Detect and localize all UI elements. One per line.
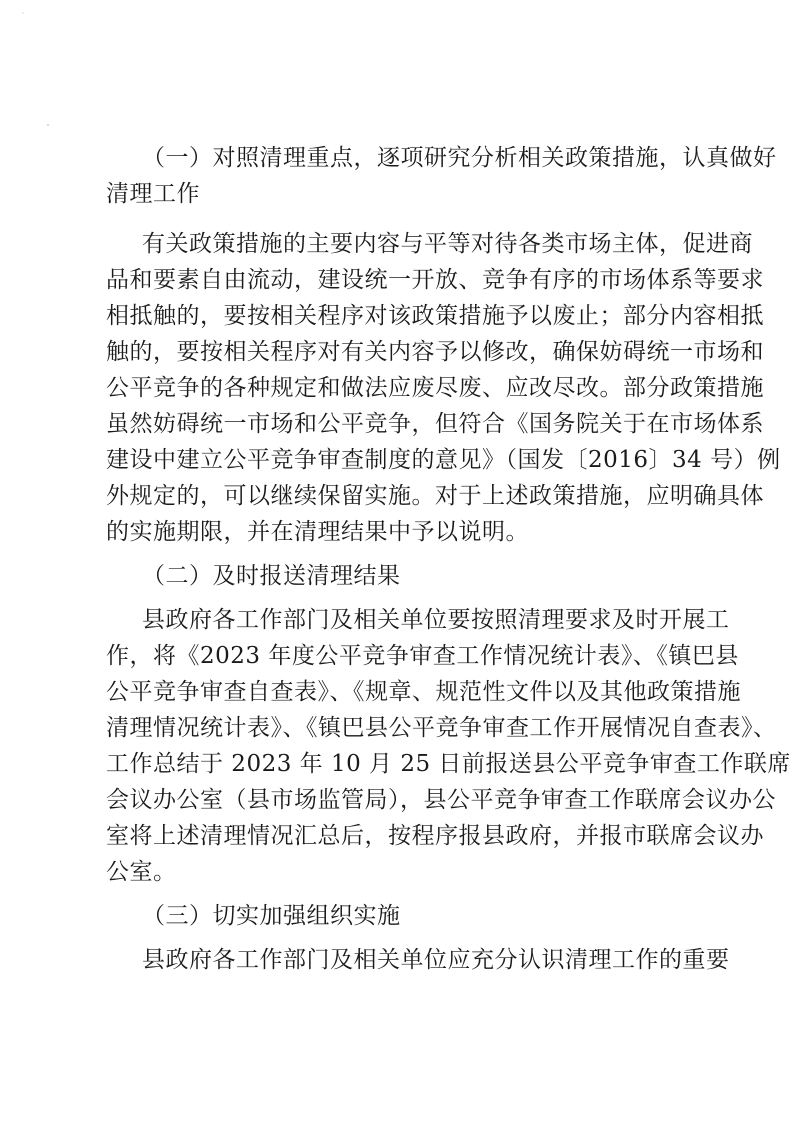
section-2-paragraph-line: 县政府各工作部门及相关单位要按照清理要求及时开展工 <box>106 602 696 638</box>
section-3-heading: （三）切实加强组织实施 <box>106 898 696 934</box>
section-1-paragraph-line: 相抵触的，要按相关程序对该政策措施予以废止；部分内容相抵 <box>106 298 696 334</box>
section-2-heading: （二）及时报送清理结果 <box>106 558 696 594</box>
section-2-paragraph-line: 作，将《2023 年度公平竞争审查工作情况统计表》、《镇巴县 <box>106 638 696 674</box>
section-1-paragraph-line: 外规定的，可以继续保留实施。对于上述政策措施，应明确具体 <box>106 478 696 514</box>
section-1-paragraph-line: 建设中建立公平竞争审查制度的意见》（国发〔2016〕34 号）例 <box>106 442 696 478</box>
section-2-paragraph-line: 工作总结于 2023 年 10 月 25 日前报送县公平竞争审查工作联席 <box>106 746 696 782</box>
scan-speck <box>47 124 49 126</box>
section-1-paragraph-line: 虽然妨碍统一市场和公平竞争，但符合《国务院关于在市场体系 <box>106 406 696 442</box>
document-page: （一）对照清理重点，逐项研究分析相关政策措施，认真做好 清理工作 有关政策措施的… <box>106 140 696 978</box>
section-1-paragraph-line: 的实施期限，并在清理结果中予以说明。 <box>106 514 696 550</box>
scan-speck <box>22 12 24 14</box>
section-1-paragraph-line: 触的，要按相关程序对有关内容予以修改，确保妨碍统一市场和 <box>106 334 696 370</box>
section-1-heading-line-2: 清理工作 <box>106 176 696 212</box>
section-1-paragraph-line: 有关政策措施的主要内容与平等对待各类市场主体，促进商 <box>106 226 696 262</box>
section-2-paragraph-line: 清理情况统计表》、《镇巴县公平竞争审查工作开展情况自查表》、 <box>106 710 696 746</box>
section-1-paragraph-line: 公平竞争的各种规定和做法应废尽废、应改尽改。部分政策措施 <box>106 370 696 406</box>
section-1-heading-line-1: （一）对照清理重点，逐项研究分析相关政策措施，认真做好 <box>106 140 696 176</box>
section-2-paragraph-line: 室将上述清理情况汇总后，按程序报县政府，并报市联席会议办 <box>106 818 696 854</box>
section-2-paragraph-line: 会议办公室（县市场监管局），县公平竞争审查工作联席会议办公 <box>106 782 696 818</box>
section-1-paragraph-line: 品和要素自由流动，建设统一开放、竞争有序的市场体系等要求 <box>106 262 696 298</box>
section-2-paragraph-line: 公平竞争审查自查表》、《规章、规范性文件以及其他政策措施 <box>106 674 696 710</box>
section-3-paragraph-line: 县政府各工作部门及相关单位应充分认识清理工作的重要 <box>106 942 696 978</box>
section-2-paragraph-line: 公室。 <box>106 854 696 890</box>
